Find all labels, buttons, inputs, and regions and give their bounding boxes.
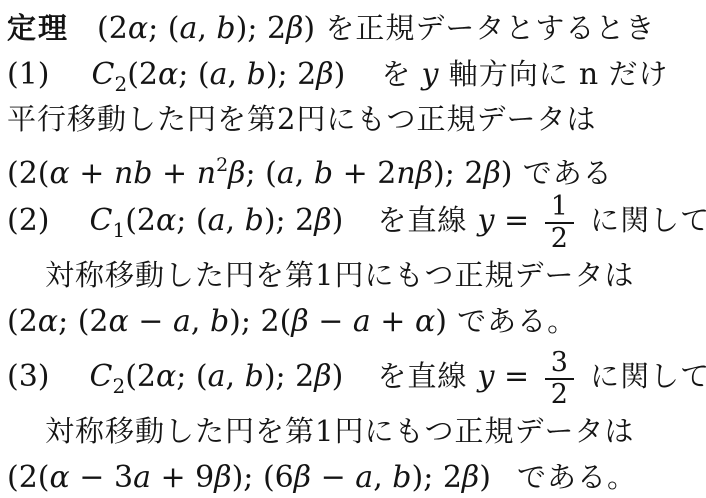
math-upright: + bbox=[70, 156, 114, 191]
math-subscript: 2 bbox=[112, 374, 125, 398]
text-line-item2-result: (2α; (2α − a, b); 2(β − a + α) である。 bbox=[7, 298, 706, 344]
math-variable: α bbox=[156, 359, 176, 394]
math-variable: a bbox=[179, 11, 197, 46]
math-variable: α bbox=[109, 304, 129, 339]
math-upright: (3) bbox=[7, 359, 50, 394]
math-variable: C bbox=[90, 203, 113, 238]
math-upright: ); 2 bbox=[264, 203, 314, 238]
math-upright: (2 bbox=[125, 203, 156, 238]
text-line-item1-start: (1)C2(2α; (a, b); 2β)を y 軸方向に n だけ bbox=[7, 51, 706, 97]
math-variable: α bbox=[128, 11, 148, 46]
math-upright: (2 bbox=[125, 359, 156, 394]
math-upright: ); 2 bbox=[236, 11, 286, 46]
math-variable: b bbox=[245, 359, 264, 394]
fraction-numerator: 1 bbox=[545, 193, 574, 222]
math-upright: (2 bbox=[97, 11, 128, 46]
fraction: 32 bbox=[545, 349, 574, 410]
text-line-item1-result: (2(α + nb + n2β; (a, b + 2nβ); 2β) である bbox=[7, 142, 706, 188]
math-upright: ; ( bbox=[148, 11, 179, 46]
math-upright: − bbox=[311, 460, 355, 495]
math-upright: − bbox=[309, 304, 353, 339]
math-upright: − 3 bbox=[70, 460, 133, 495]
math-variable: α bbox=[50, 460, 70, 495]
math-upright: ) bbox=[435, 304, 447, 339]
math-upright: , bbox=[226, 203, 245, 238]
japanese-text: 対称移動した円を第1円にもつ正規データは bbox=[45, 414, 634, 448]
math-variable: a bbox=[208, 203, 226, 238]
math-upright: ; (2 bbox=[58, 304, 108, 339]
math-variable: β bbox=[314, 203, 331, 238]
japanese-text: だけ bbox=[598, 57, 668, 91]
math-variable: α bbox=[38, 304, 58, 339]
math-variable: β bbox=[214, 460, 231, 495]
math-variable: α bbox=[156, 203, 176, 238]
math-upright: , bbox=[197, 11, 216, 46]
math-upright: + bbox=[153, 156, 197, 191]
math-superscript: 2 bbox=[216, 154, 228, 176]
math-upright: ) bbox=[332, 359, 344, 394]
japanese-text: を直線 bbox=[377, 203, 477, 237]
document-page: 定理(2α; (a, b); 2β) を正規データとするとき (1)C2(2α;… bbox=[0, 0, 706, 498]
fraction-denominator: 2 bbox=[545, 378, 574, 409]
math-variable: β bbox=[462, 460, 479, 495]
math-upright: ); 2 bbox=[411, 460, 461, 495]
math-variable: b bbox=[210, 304, 229, 339]
math-variable: β bbox=[314, 359, 331, 394]
text-line-item3-result: (2(α − 3a + 9β); (6β − a, b); 2β)である。 bbox=[7, 454, 706, 498]
math-upright: ); 2( bbox=[229, 304, 291, 339]
math-upright: , bbox=[226, 359, 245, 394]
math-upright: , bbox=[228, 57, 247, 92]
math-variable: a bbox=[133, 460, 151, 495]
math-upright: (1) bbox=[7, 57, 50, 92]
math-variable: y bbox=[478, 203, 495, 238]
math-upright: (2) bbox=[7, 203, 50, 238]
math-upright: ; ( bbox=[176, 359, 207, 394]
math-variable: C bbox=[92, 57, 115, 92]
math-upright: (2( bbox=[7, 156, 50, 191]
text-line-item3-start: (3)C2(2α; (a, b); 2β)を直線 y = 32 に関して bbox=[7, 344, 706, 409]
japanese-text: 軸方向に bbox=[438, 57, 578, 91]
math-variable: α bbox=[158, 57, 178, 92]
math-variable: a bbox=[353, 304, 371, 339]
math-variable: a bbox=[277, 156, 295, 191]
math-upright: ) bbox=[303, 11, 315, 46]
math-variable: nb bbox=[114, 156, 153, 191]
math-upright: ) bbox=[501, 156, 513, 191]
math-upright: ); 2 bbox=[266, 57, 316, 92]
math-variable: n bbox=[197, 156, 216, 191]
math-variable: α bbox=[50, 156, 70, 191]
math-upright: + bbox=[371, 304, 415, 339]
math-upright: ); (6 bbox=[232, 460, 294, 495]
math-variable: α bbox=[415, 304, 435, 339]
fraction-numerator: 3 bbox=[545, 349, 574, 378]
math-variable: β bbox=[286, 11, 303, 46]
math-variable: b bbox=[392, 460, 411, 495]
math-subscript: 2 bbox=[114, 72, 127, 96]
math-upright: ) bbox=[332, 203, 344, 238]
text-line-item3-body: 対称移動した円を第1円にもつ正規データは bbox=[7, 409, 706, 454]
japanese-text: である。 bbox=[517, 460, 637, 494]
fraction-denominator: 2 bbox=[545, 222, 574, 253]
math-upright: = bbox=[494, 359, 538, 394]
math-upright: ; ( bbox=[246, 156, 277, 191]
math-variable: y bbox=[478, 359, 495, 394]
math-upright: n bbox=[579, 57, 598, 92]
text-line-item1-body: 平行移動した円を第2円にもつ正規データは bbox=[7, 97, 706, 142]
math-variable: β bbox=[291, 304, 308, 339]
japanese-text: 平行移動した円を第2円にもつ正規データは bbox=[7, 102, 596, 136]
fraction: 12 bbox=[545, 193, 574, 254]
japanese-text: に関して bbox=[580, 359, 706, 393]
math-variable: b bbox=[247, 57, 266, 92]
math-variable: a bbox=[210, 57, 228, 92]
text-line-item2-body: 対称移動した円を第1円にもつ正規データは bbox=[7, 253, 706, 298]
math-upright: , bbox=[191, 304, 210, 339]
math-variable: b bbox=[245, 203, 264, 238]
math-variable: C bbox=[90, 359, 113, 394]
japanese-text: である。 bbox=[447, 304, 577, 338]
math-upright: ; ( bbox=[176, 203, 207, 238]
math-upright: ); 2 bbox=[433, 156, 483, 191]
math-upright: ) bbox=[479, 460, 491, 495]
math-upright: − bbox=[129, 304, 173, 339]
math-upright: + 2 bbox=[333, 156, 396, 191]
japanese-text: 対称移動した円を第1円にもつ正規データは bbox=[45, 258, 634, 292]
japanese-text: である bbox=[513, 156, 613, 190]
math-upright: ) bbox=[334, 57, 346, 92]
math-upright: + 9 bbox=[151, 460, 214, 495]
math-upright: (2 bbox=[127, 57, 158, 92]
math-upright: ); 2 bbox=[264, 359, 314, 394]
japanese-text: を bbox=[381, 57, 421, 91]
math-variable: β bbox=[483, 156, 500, 191]
math-variable: β bbox=[316, 57, 333, 92]
math-upright: = bbox=[494, 203, 538, 238]
text-line-theorem-header: 定理(2α; (a, b); 2β) を正規データとするとき bbox=[7, 5, 706, 51]
math-variable: a bbox=[173, 304, 191, 339]
math-variable: β bbox=[228, 156, 245, 191]
japanese-text: を正規データとするとき bbox=[315, 11, 655, 45]
math-upright: (2( bbox=[7, 460, 50, 495]
math-upright: , bbox=[373, 460, 392, 495]
math-upright: , bbox=[295, 156, 314, 191]
text-line-item2-start: (2)C1(2α; (a, b); 2β)を直線 y = 12 に関して bbox=[7, 188, 706, 253]
math-variable: b bbox=[216, 11, 235, 46]
math-variable: y bbox=[422, 57, 439, 92]
japanese-text: に関して bbox=[580, 203, 706, 237]
math-variable: b bbox=[314, 156, 333, 191]
math-variable: a bbox=[208, 359, 226, 394]
bold-heading: 定理 bbox=[7, 11, 69, 45]
math-upright: (2 bbox=[7, 304, 38, 339]
math-upright: ; ( bbox=[178, 57, 209, 92]
math-subscript: 1 bbox=[112, 218, 125, 242]
japanese-text: を直線 bbox=[377, 359, 477, 393]
math-variable: nβ bbox=[396, 156, 433, 191]
math-variable: a bbox=[355, 460, 373, 495]
math-variable: β bbox=[294, 460, 311, 495]
